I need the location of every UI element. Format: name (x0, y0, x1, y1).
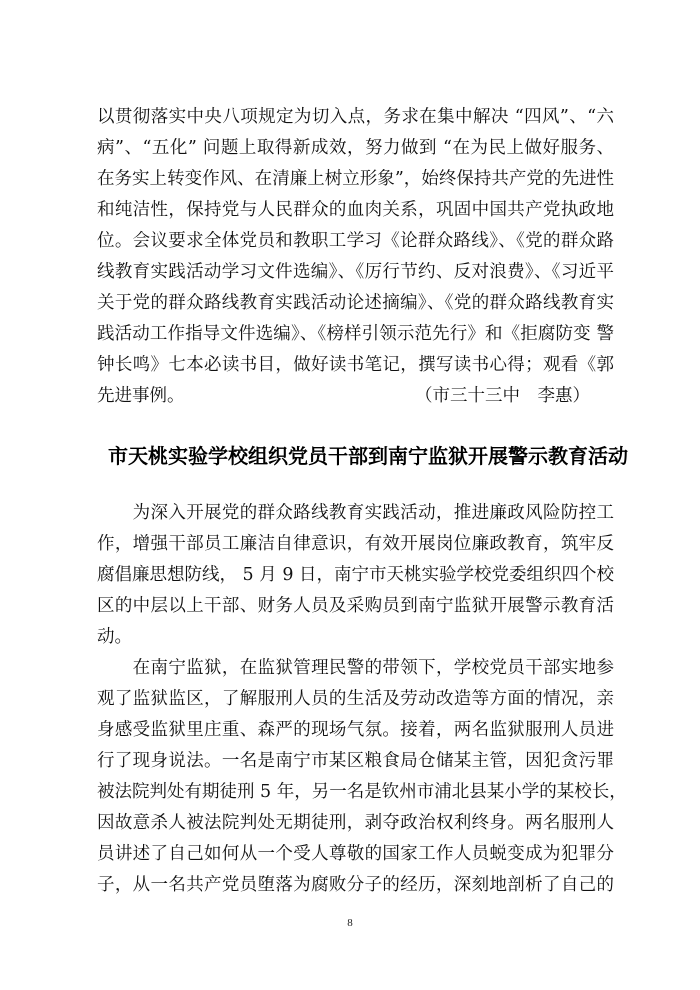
text-line: 在南宁监狱，在监狱管理民警的带领下，学校党员干部实地参 (97, 658, 614, 678)
text-line: 动。 (97, 627, 614, 647)
text-line: 以贯彻落实中央八项规定为切入点，务求在集中解决 “四风”、“六 (97, 107, 614, 127)
text-line: 子，从一名共产党员堕落为腐败分子的经历，深刻地剖析了自己的 (97, 875, 614, 895)
text-line: 观了监狱监区，了解服刑人员的生活及劳动改造等方面的情况，亲 (97, 689, 614, 709)
document-page: 以贯彻落实中央八项规定为切入点，务求在集中解决 “四风”、“六 病”、“五化” … (0, 0, 700, 990)
text-line: 关于党的群众路线教育实践活动论述摘编》、《党的群众路线教育实 (97, 293, 614, 313)
text-line: 线教育实践活动学习文件选编》、《厉行节约、反对浪费》、《习近平 (97, 262, 614, 282)
text-line: 钟长鸣》七本必读书目，做好读书笔记，撰写读书心得；观看《郭 (97, 355, 614, 375)
text-line: 和纯洁性，保持党与人民群众的血肉关系，巩固中国共产党执政地 (97, 200, 614, 220)
text-line: 作，增强干部员工廉洁自律意识，有效开展岗位廉政教育，筑牢反 (97, 534, 614, 554)
text-line: 为深入开展党的群众路线教育实践活动，推进廉政风险防控工 (97, 503, 614, 523)
page-number: 8 (0, 917, 700, 929)
article-title: 市天桃实验学校组织党员干部到南宁监狱开展警示教育活动 (108, 444, 600, 468)
text-line: 位。会议要求全体党员和教职工学习《论群众路线》、《党的群众路 (97, 231, 614, 251)
author-signature: （市三十三中 李惠） (415, 386, 590, 406)
text-line: 践活动工作指导文件选编》、《榜样引领示范先行》和《拒腐防变 警 (97, 324, 614, 344)
text-line: 在务实上转变作风、在清廉上树立形象”，始终保持共产党的先进性 (97, 169, 614, 189)
text-line: 因故意杀人被法院判处无期徒刑，剥夺政治权利终身。两名服刑人 (97, 813, 614, 833)
text-line: 区的中层以上干部、财务人员及采购员到南宁监狱开展警示教育活 (97, 596, 614, 616)
text-line: 病”、“五化” 问题上取得新成效，努力做到 “在为民上做好服务、 (97, 138, 614, 158)
text-line: 先进事例。 (97, 386, 185, 406)
text-line: 行了现身说法。一名是南宁市某区粮食局仓储某主管，因犯贪污罪 (97, 751, 614, 771)
text-line: 员讲述了自己如何从一个受人尊敬的国家工作人员蜕变成为犯罪分 (97, 844, 614, 864)
text-line: 被法院判处有期徒刑 5 年，另一名是钦州市浦北县某小学的某校长， (97, 782, 614, 802)
text-line: 身感受监狱里庄重、森严的现场气氛。接着，两名监狱服刑人员进 (97, 720, 614, 740)
text-line: 腐倡廉思想防线， 5 月 9 日，南宁市天桃实验学校党委组织四个校 (97, 565, 614, 585)
